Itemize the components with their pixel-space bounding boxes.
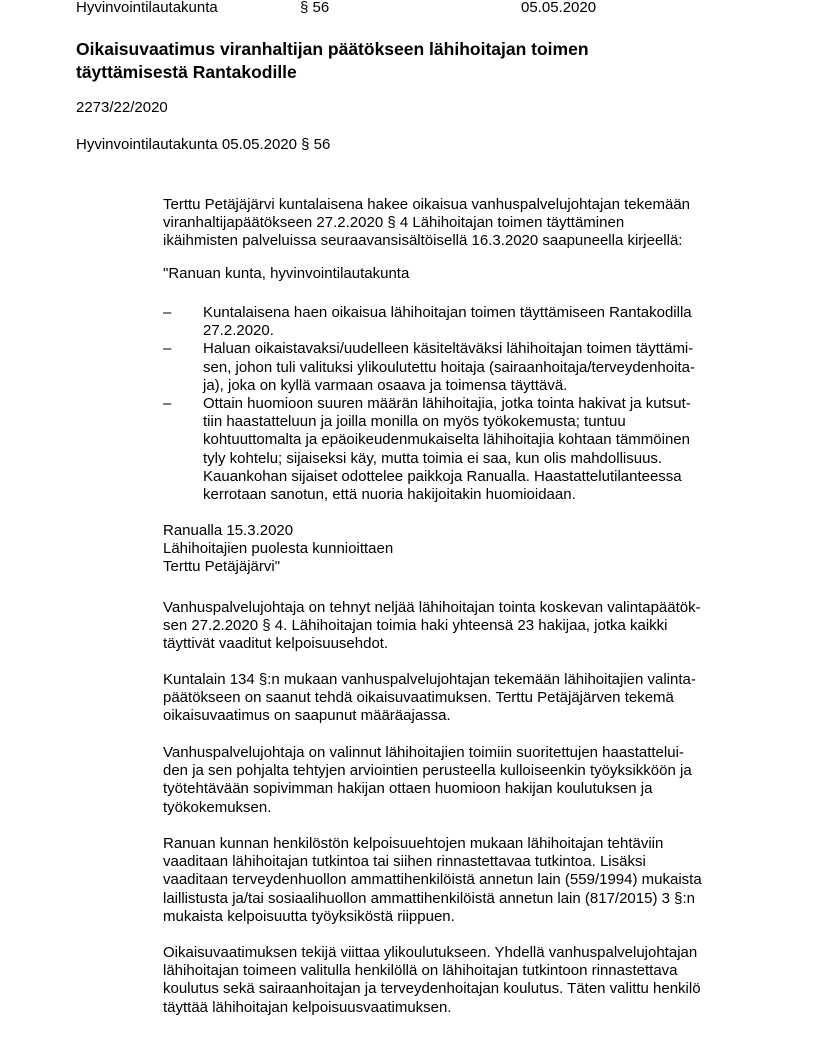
dash-bullet: – <box>163 304 171 322</box>
paragraph: Vanhuspalvelujohtaja on tehnyt neljää lä… <box>163 599 701 654</box>
text-line: kerrotaan sanotun, että nuoria hakijoita… <box>203 486 695 504</box>
text-line: Ranuan kunnan henkilöstön kelpoisuuehtoj… <box>163 835 702 853</box>
text-line: ikäihmisten palveluissa seuraavansisältö… <box>163 232 690 250</box>
text-line: Lähihoitajien puolesta kunnioittaen <box>163 540 393 558</box>
header-date: 05.05.2020 <box>521 0 596 17</box>
list-item: – Kuntalaisena haen oikaisua lähihoitaja… <box>163 304 695 340</box>
text-line: työkokemuksen. <box>163 799 692 817</box>
paragraph: Kuntalain 134 §:n mukaan vanhuspalvelujo… <box>163 671 696 726</box>
letter-signature: Ranualla 15.3.2020 Lähihoitajien puolest… <box>163 522 393 577</box>
intro-paragraph: Terttu Petäjäjärvi kuntalaisena hakee oi… <box>163 196 690 251</box>
text-line: Kuntalain 134 §:n mukaan vanhuspalvelujo… <box>163 671 696 689</box>
title-line: täyttämisestä Rantakodille <box>76 61 589 84</box>
text-line: mukaista kelpoisuutta työyksiköstä riipp… <box>163 908 702 926</box>
text-line: Haluan oikaistavaksi/uudelleen käsiteltä… <box>203 340 695 358</box>
text-line: laillistusta ja/tai sosiaalihuollon amma… <box>163 890 702 908</box>
text-line: Vanhuspalvelujohtaja on tehnyt neljää lä… <box>163 599 701 617</box>
text-line: Kuntalaisena haen oikaisua lähihoitajan … <box>203 304 695 322</box>
dash-bullet: – <box>163 395 171 413</box>
text-line: lähihoitajan toimeen valitulla henkilöll… <box>163 962 701 980</box>
text-line: tyly kohtelu; sijaiseksi käy, mutta toim… <box>203 450 695 468</box>
text-line: Terttu Petäjäjärvi kuntalaisena hakee oi… <box>163 196 690 214</box>
text-line: työtehtävään sopivimman hakijan ottaen h… <box>163 780 692 798</box>
diary-number: 2273/22/2020 <box>76 99 168 117</box>
text-line: päätökseen on saanut tehdä oikaisuvaatim… <box>163 689 696 707</box>
text-line: 27.2.2020. <box>203 322 695 340</box>
text-line: vaaditaan terveydenhuollon ammattihenkil… <box>163 871 702 889</box>
text-line: Vanhuspalvelujohtaja on valinnut lähihoi… <box>163 744 692 762</box>
text-line: Oikaisuvaatimuksen tekijä viittaa ylikou… <box>163 944 701 962</box>
list-item: – Ottain huomioon suuren määrän lähihoit… <box>163 395 695 504</box>
text-line: sen, johon tuli valituksi ylikoulutettu … <box>203 359 695 377</box>
meeting-reference: Hyvinvointilautakunta 05.05.2020 § 56 <box>76 136 330 154</box>
dash-bullet: – <box>163 340 171 358</box>
text-line: Ottain huomioon suuren määrän lähihoitaj… <box>203 395 695 413</box>
letter-addressee: "Ranuan kunta, hyvinvointilautakunta <box>163 265 409 283</box>
text-line: kohtuuttomalta ja epäoikeudenmukaiselta … <box>203 431 695 449</box>
paragraph: Vanhuspalvelujohtaja on valinnut lähihoi… <box>163 744 692 817</box>
text-line: Ranualla 15.3.2020 <box>163 522 393 540</box>
text-line: viranhaltijapäätökseen 27.2.2020 § 4 Läh… <box>163 214 690 232</box>
text-line: Kauankohan sijaiset odottelee paikkoja R… <box>203 468 695 486</box>
paragraph: Ranuan kunnan henkilöstön kelpoisuuehtoj… <box>163 835 702 926</box>
text-line: den ja sen pohjalta tehtyjen arviointien… <box>163 762 692 780</box>
text-line: täyttivät vaaditut kelpoisuusehdot. <box>163 635 701 653</box>
paragraph: Oikaisuvaatimuksen tekijä viittaa ylikou… <box>163 944 701 1017</box>
list-item: – Haluan oikaistavaksi/uudelleen käsitel… <box>163 340 695 395</box>
page-title: Oikaisuvaatimus viranhaltijan päätökseen… <box>76 38 589 84</box>
letter-list: – Kuntalaisena haen oikaisua lähihoitaja… <box>163 304 695 504</box>
text-line: ja), joka on kyllä varmaan osaava ja toi… <box>203 377 695 395</box>
text-line: täyttää lähihoitajan kelpoisuusvaatimuks… <box>163 999 701 1017</box>
text-line: tiin haastatteluun ja joilla monilla on … <box>203 413 695 431</box>
text-line: sen 27.2.2020 § 4. Lähihoitajan toimia h… <box>163 617 701 635</box>
text-line: Terttu Petäjäjärvi" <box>163 558 393 576</box>
text-line: vaaditaan lähihoitajan tutkintoa tai sii… <box>163 853 702 871</box>
text-line: oikaisuvaatimus on saapunut määräajassa. <box>163 707 696 725</box>
title-line: Oikaisuvaatimus viranhaltijan päätökseen… <box>76 38 589 61</box>
text-line: koulutus sekä sairaanhoitajan ja terveyd… <box>163 980 701 998</box>
header-committee: Hyvinvointilautakunta <box>76 0 218 17</box>
header-section: § 56 <box>300 0 329 17</box>
